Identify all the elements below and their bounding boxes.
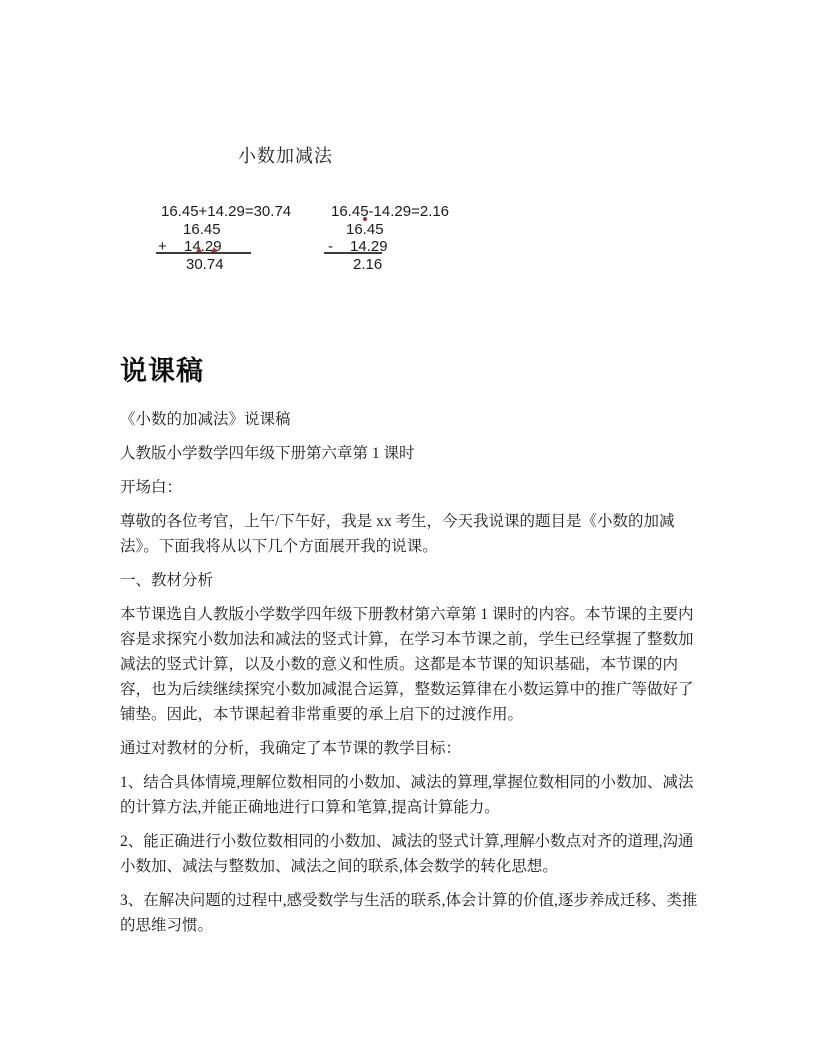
addition-equation: 16.45+14.29=30.74 bbox=[161, 203, 291, 220]
document-page: 小数加减法 16.45+14.29=30.74 16.45 + 14.29 30… bbox=[0, 0, 816, 1056]
material-analysis-paragraph: 本节课选自人教版小学数学四年级下册教材第六章第 1 课时的内容。本节课的主要内容… bbox=[120, 602, 702, 727]
opening-label: 开场白： bbox=[120, 475, 702, 500]
addition-result: 30.74 bbox=[186, 256, 224, 273]
objective-3: 3、在解决问题的过程中,感受数学与生活的联系,体会计算的价值,逐步养成迁移、类推… bbox=[120, 888, 702, 938]
opening-paragraph: 尊敬的各位考官，上午/下午好，我是 xx 考生，今天我说课的题目是《小数的加减法… bbox=[120, 509, 702, 559]
addition-operand-1: 16.45 bbox=[183, 221, 221, 238]
minus-sign: - bbox=[328, 238, 333, 255]
subtraction-equation: 16.45-14.29=2.16 bbox=[331, 203, 449, 220]
subtraction-result: 2.16 bbox=[353, 256, 382, 273]
page-title: 说课稿 bbox=[120, 349, 204, 388]
addition-operand-2: 14.29 bbox=[184, 238, 222, 255]
plus-sign: + bbox=[158, 238, 167, 255]
carry-mark-icon bbox=[211, 247, 217, 252]
subtraction-operand-1: 16.45 bbox=[346, 221, 384, 238]
borrow-dot-icon bbox=[363, 217, 367, 221]
section-heading-material-analysis: 一、教材分析 bbox=[120, 568, 702, 593]
subtitle: 《小数的加减法》说课稿 bbox=[120, 407, 702, 432]
figure-title: 小数加减法 bbox=[238, 142, 333, 168]
objective-1: 1、结合具体情境,理解位数相同的小数加、减法的算理,掌握位数相同的小数加、减法的… bbox=[120, 770, 702, 820]
subtraction-underline bbox=[324, 252, 382, 254]
subtraction-operand-2: 14.29 bbox=[350, 238, 388, 255]
addition-underline bbox=[156, 252, 251, 254]
document-body: 《小数的加减法》说课稿 人教版小学数学四年级下册第六章第 1 课时 开场白： 尊… bbox=[120, 407, 702, 947]
objective-2: 2、能正确进行小数位数相同的小数加、减法的竖式计算,理解小数点对齐的道理,沟通小… bbox=[120, 829, 702, 879]
edition-line: 人教版小学数学四年级下册第六章第 1 课时 bbox=[120, 441, 702, 466]
carry-mark-icon bbox=[196, 247, 202, 252]
objectives-intro: 通过对教材的分析，我确定了本节课的教学目标： bbox=[120, 736, 702, 761]
